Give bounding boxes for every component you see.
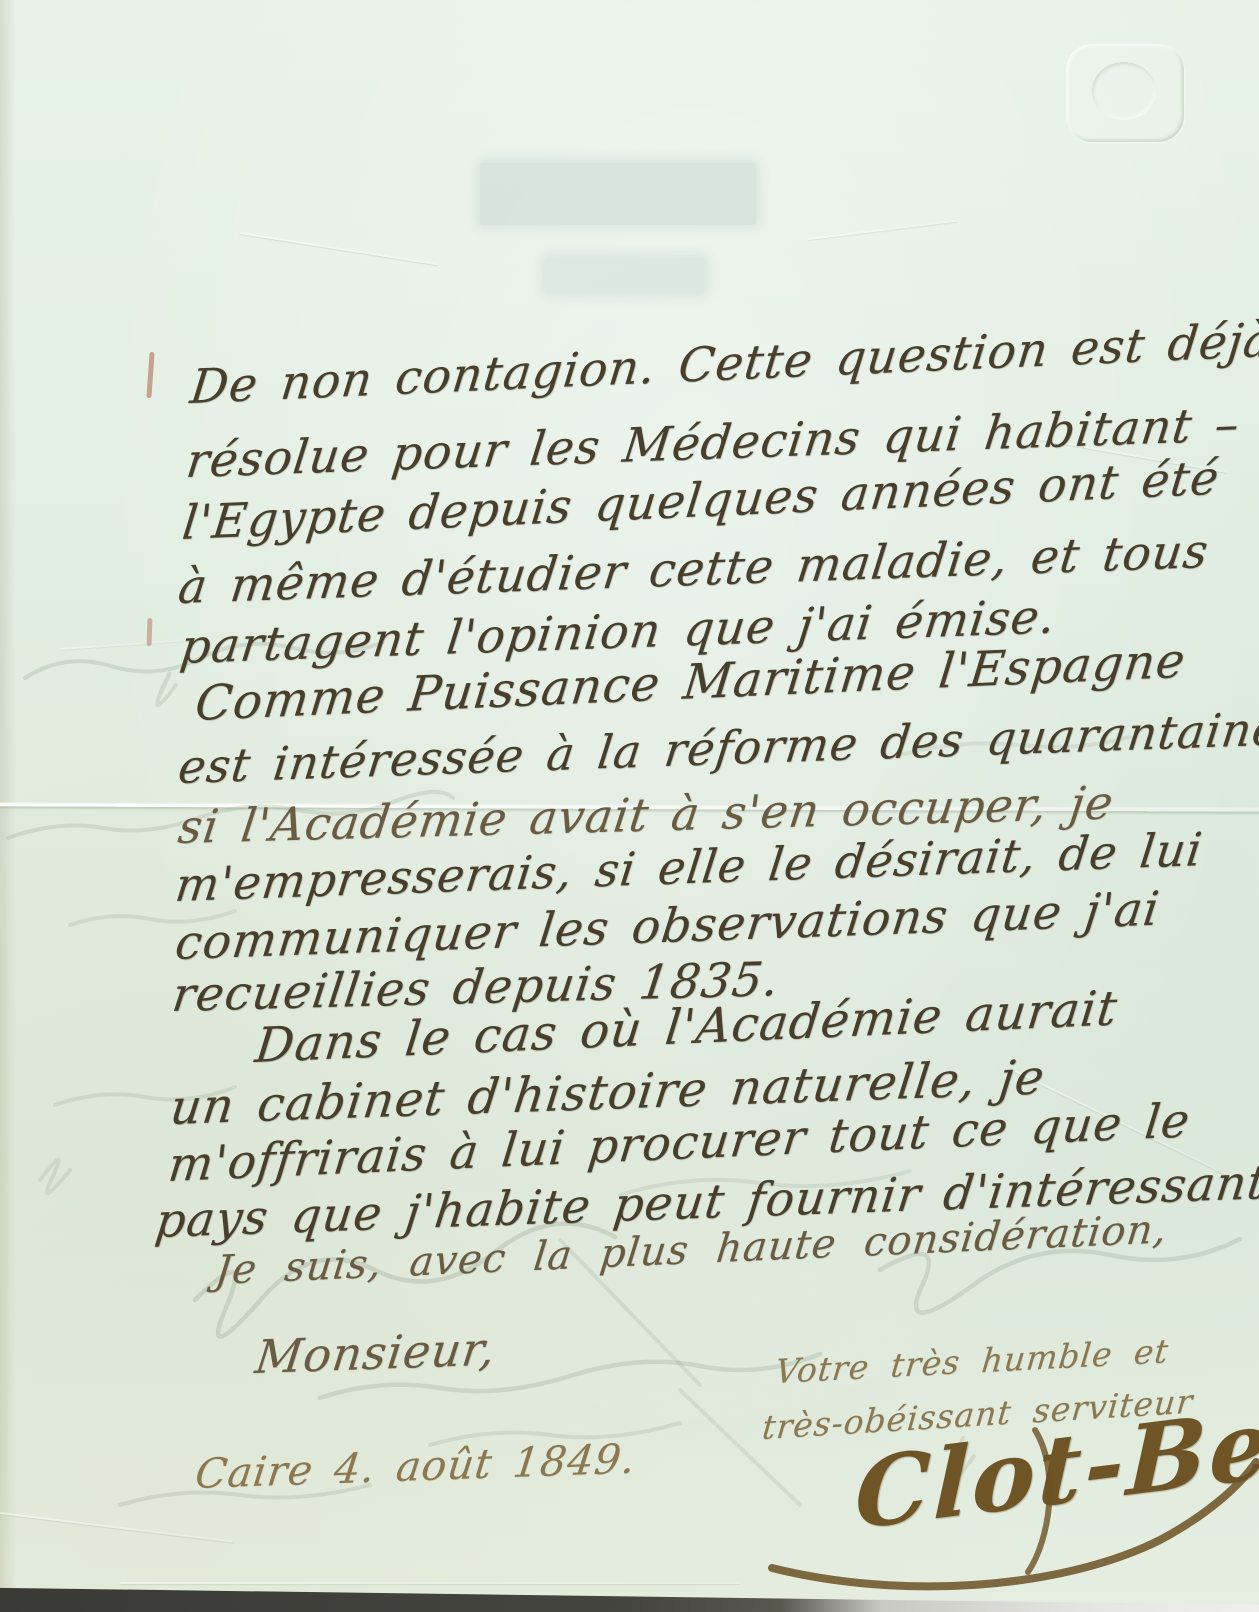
bleed-through-stamp-block	[545, 258, 705, 292]
letter-line-1: De non contagion. Cette question est déj…	[187, 313, 1259, 416]
closing-line-1: Votre très humble et	[773, 1331, 1171, 1391]
letter-page: De non contagion. Cette question est déj…	[0, 0, 1259, 1612]
embossed-stamp-center	[1092, 62, 1156, 120]
embossed-blind-stamp	[1066, 44, 1184, 142]
salutation-line: Monsieur,	[252, 1321, 499, 1384]
fold-crease	[240, 232, 438, 265]
bleed-through-stamp-block	[480, 163, 756, 225]
red-ink-smudge	[146, 352, 154, 398]
paper-edge-shadow	[0, 0, 16, 1600]
red-ink-smudge	[147, 618, 153, 646]
fold-crease	[0, 1512, 233, 1543]
paper-bottom-edge-highlight	[120, 1582, 740, 1584]
fold-crease	[60, 638, 200, 650]
dateline: Caire 4. août 1849.	[193, 1434, 639, 1498]
fold-crease	[808, 220, 957, 240]
